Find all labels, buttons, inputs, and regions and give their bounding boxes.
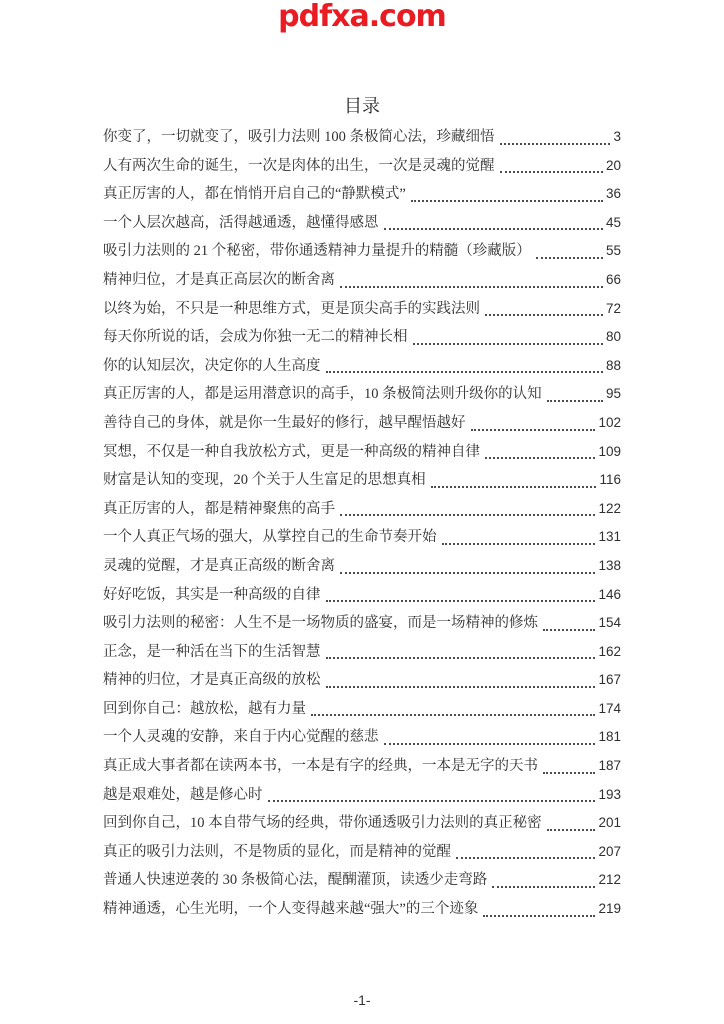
- toc-entry-title: 人有两次生命的诞生，一次是肉体的出生，一次是灵魂的觉醒: [103, 152, 495, 181]
- toc-entry: 一个人层次越高，活得越通透，越懂得感恩 45: [103, 209, 621, 238]
- toc-entry-title: 回到你自己：越放松，越有力量: [103, 695, 306, 724]
- toc-entry-page: 72: [606, 295, 621, 324]
- toc-content: 目录 你变了，一切就变了，吸引力法则 100 条极简心法，珍藏细悟 3 人有两次…: [103, 95, 621, 924]
- toc-entry-page: 174: [598, 695, 621, 724]
- toc-entry-page: 88: [606, 352, 621, 381]
- toc-entry-title: 普通人快速逆袭的 30 条极简心法，醍醐灌顶，读透少走弯路: [103, 866, 487, 895]
- toc-entry-title: 财富是认知的变现，20 个关于人生富足的思想真相: [103, 466, 426, 495]
- dot-leader: [536, 257, 603, 259]
- dot-leader: [547, 400, 603, 402]
- toc-entry: 吸引力法则的 21 个秘密，带你通透精神力量提升的精髓（珍藏版） 55: [103, 237, 621, 266]
- toc-entry: 真正厉害的人，都是运用潜意识的高手，10 条极简法则升级你的认知 95: [103, 380, 621, 409]
- toc-entry: 每天你所说的话，会成为你独一无二的精神长相 80: [103, 323, 621, 352]
- toc-entry: 精神归位，才是真正高层次的断舍离 66: [103, 266, 621, 295]
- dot-leader: [326, 686, 596, 688]
- dot-leader: [471, 429, 596, 431]
- toc-entry-title: 你的认知层次，决定你的人生高度: [103, 352, 321, 381]
- toc-list: 你变了，一切就变了，吸引力法则 100 条极简心法，珍藏细悟 3 人有两次生命的…: [103, 123, 621, 924]
- toc-entry-title: 你变了，一切就变了，吸引力法则 100 条极简心法，珍藏细悟: [103, 123, 495, 152]
- dot-leader: [485, 457, 595, 459]
- toc-entry: 真正成大事者都在读两本书，一本是有字的经典，一本是无字的天书 187: [103, 752, 621, 781]
- toc-entry-title: 灵魂的觉醒，才是真正高级的断舍离: [103, 552, 335, 581]
- toc-entry-title: 精神通透，心生光明，一个人变得越来越“强大”的三个迹象: [103, 895, 478, 924]
- toc-entry: 人有两次生命的诞生，一次是肉体的出生，一次是灵魂的觉醒 20: [103, 152, 621, 181]
- toc-entry-page: 55: [606, 237, 621, 266]
- dot-leader: [326, 657, 596, 659]
- toc-entry: 善待自己的身体，就是你一生最好的修行，越早醒悟越好 102: [103, 409, 621, 438]
- toc-entry: 吸引力法则的秘密：人生不是一场物质的盛宴，而是一场精神的修炼 154: [103, 609, 621, 638]
- toc-entry: 回到你自己，10 本自带气场的经典，带你通透吸引力法则的真正秘密 201: [103, 809, 621, 838]
- toc-entry: 真正厉害的人，都在悄悄开启自己的“静默模式” 36: [103, 180, 621, 209]
- dot-leader: [340, 572, 595, 574]
- toc-entry: 回到你自己：越放松，越有力量 174: [103, 695, 621, 724]
- toc-entry-title: 正念，是一种活在当下的生活智慧: [103, 638, 321, 667]
- toc-entry: 越是艰难处，越是修心时 193: [103, 781, 621, 810]
- toc-entry-title: 精神归位，才是真正高层次的断舍离: [103, 266, 335, 295]
- toc-entry-page: 207: [598, 838, 621, 867]
- toc-entry-title: 一个人灵魂的安静，来自于内心觉醒的慈悲: [103, 723, 379, 752]
- toc-entry: 灵魂的觉醒，才是真正高级的断舍离 138: [103, 552, 621, 581]
- toc-entry-page: 154: [598, 609, 621, 638]
- dot-leader: [431, 486, 597, 488]
- toc-entry-title: 以终为始，不只是一种思维方式，更是顶尖高手的实践法则: [103, 295, 480, 324]
- dot-leader: [268, 800, 596, 802]
- toc-entry: 冥想，不仅是一种自我放松方式，更是一种高级的精神自律 109: [103, 438, 621, 467]
- toc-entry-page: 212: [598, 866, 621, 895]
- toc-entry-page: 193: [598, 781, 621, 810]
- dot-leader: [340, 514, 595, 516]
- toc-entry-title: 一个人真正气场的强大，从掌控自己的生命节奏开始: [103, 523, 437, 552]
- dot-leader: [483, 915, 595, 917]
- toc-entry-page: 66: [606, 266, 621, 295]
- toc-entry-page: 36: [606, 180, 621, 209]
- toc-entry-title: 越是艰难处，越是修心时: [103, 781, 263, 810]
- dot-leader: [442, 543, 596, 545]
- toc-entry-page: 102: [598, 409, 621, 438]
- toc-entry-page: 20: [606, 152, 621, 181]
- toc-entry-title: 精神的归位，才是真正高级的放松: [103, 666, 321, 695]
- dot-leader: [543, 772, 595, 774]
- toc-entry-title: 真正成大事者都在读两本书，一本是有字的经典，一本是无字的天书: [103, 752, 538, 781]
- toc-entry: 好好吃饭，其实是一种高级的自律 146: [103, 581, 621, 610]
- toc-entry-title: 真正厉害的人，都是运用潜意识的高手，10 条极简法则升级你的认知: [103, 380, 542, 409]
- toc-entry: 以终为始，不只是一种思维方式，更是顶尖高手的实践法则 72: [103, 295, 621, 324]
- page-title: 目录: [103, 95, 621, 117]
- toc-entry-page: 146: [598, 581, 621, 610]
- toc-entry-title: 一个人层次越高，活得越通透，越懂得感恩: [103, 209, 379, 238]
- toc-entry: 普通人快速逆袭的 30 条极简心法，醍醐灌顶，读透少走弯路 212: [103, 866, 621, 895]
- dot-leader: [543, 629, 595, 631]
- toc-entry-page: 201: [598, 809, 621, 838]
- toc-entry-page: 3: [613, 123, 621, 152]
- toc-entry-page: 187: [598, 752, 621, 781]
- dot-leader: [492, 886, 595, 888]
- dot-leader: [500, 171, 603, 173]
- toc-entry-page: 162: [598, 638, 621, 667]
- dot-leader: [411, 200, 603, 202]
- toc-entry-page: 116: [599, 466, 621, 495]
- toc-entry-title: 真正的吸引力法则，不是物质的显化，而是精神的觉醒: [103, 838, 451, 867]
- toc-entry-title: 吸引力法则的 21 个秘密，带你通透精神力量提升的精髓（珍藏版）: [103, 237, 531, 266]
- toc-entry-title: 真正厉害的人，都在悄悄开启自己的“静默模式”: [103, 180, 406, 209]
- toc-entry-title: 好好吃饭，其实是一种高级的自律: [103, 581, 321, 610]
- toc-entry: 真正的吸引力法则，不是物质的显化，而是精神的觉醒 207: [103, 838, 621, 867]
- toc-entry-page: 122: [598, 495, 621, 524]
- dot-leader: [311, 714, 595, 716]
- dot-leader: [384, 743, 596, 745]
- dot-leader: [413, 343, 603, 345]
- toc-entry: 精神的归位，才是真正高级的放松 167: [103, 666, 621, 695]
- dot-leader: [500, 143, 611, 145]
- toc-entry: 财富是认知的变现，20 个关于人生富足的思想真相 116: [103, 466, 621, 495]
- document-page: pdfxa.com 目录 你变了，一切就变了，吸引力法则 100 条极简心法，珍…: [0, 0, 724, 1024]
- toc-entry-title: 冥想，不仅是一种自我放松方式，更是一种高级的精神自律: [103, 438, 480, 467]
- dot-leader: [547, 829, 596, 831]
- toc-entry-page: 95: [606, 380, 621, 409]
- toc-entry-page: 80: [606, 323, 621, 352]
- dot-leader: [485, 314, 603, 316]
- toc-entry-title: 善待自己的身体，就是你一生最好的修行，越早醒悟越好: [103, 409, 466, 438]
- page-number-footer: -1-: [0, 992, 724, 1008]
- toc-entry-page: 167: [598, 666, 621, 695]
- toc-entry-page: 219: [598, 895, 621, 924]
- watermark-text: pdfxa.com: [0, 0, 724, 34]
- dot-leader: [326, 371, 603, 373]
- toc-entry-title: 每天你所说的话，会成为你独一无二的精神长相: [103, 323, 408, 352]
- toc-entry: 真正厉害的人，都是精神聚焦的高手 122: [103, 495, 621, 524]
- toc-entry: 一个人灵魂的安静，来自于内心觉醒的慈悲 181: [103, 723, 621, 752]
- toc-entry-page: 181: [598, 723, 621, 752]
- toc-entry: 正念，是一种活在当下的生活智慧 162: [103, 638, 621, 667]
- toc-entry-page: 131: [598, 523, 621, 552]
- toc-entry: 一个人真正气场的强大，从掌控自己的生命节奏开始 131: [103, 523, 621, 552]
- toc-entry: 你的认知层次，决定你的人生高度 88: [103, 352, 621, 381]
- toc-entry-title: 真正厉害的人，都是精神聚焦的高手: [103, 495, 335, 524]
- dot-leader: [340, 286, 603, 288]
- toc-entry-title: 吸引力法则的秘密：人生不是一场物质的盛宴，而是一场精神的修炼: [103, 609, 538, 638]
- toc-entry-title: 回到你自己，10 本自带气场的经典，带你通透吸引力法则的真正秘密: [103, 809, 542, 838]
- toc-entry-page: 109: [598, 438, 621, 467]
- dot-leader: [384, 228, 603, 230]
- dot-leader: [326, 600, 596, 602]
- toc-entry-page: 138: [598, 552, 621, 581]
- toc-entry: 你变了，一切就变了，吸引力法则 100 条极简心法，珍藏细悟 3: [103, 123, 621, 152]
- dot-leader: [456, 857, 595, 859]
- toc-entry: 精神通透，心生光明，一个人变得越来越“强大”的三个迹象 219: [103, 895, 621, 924]
- toc-entry-page: 45: [606, 209, 621, 238]
